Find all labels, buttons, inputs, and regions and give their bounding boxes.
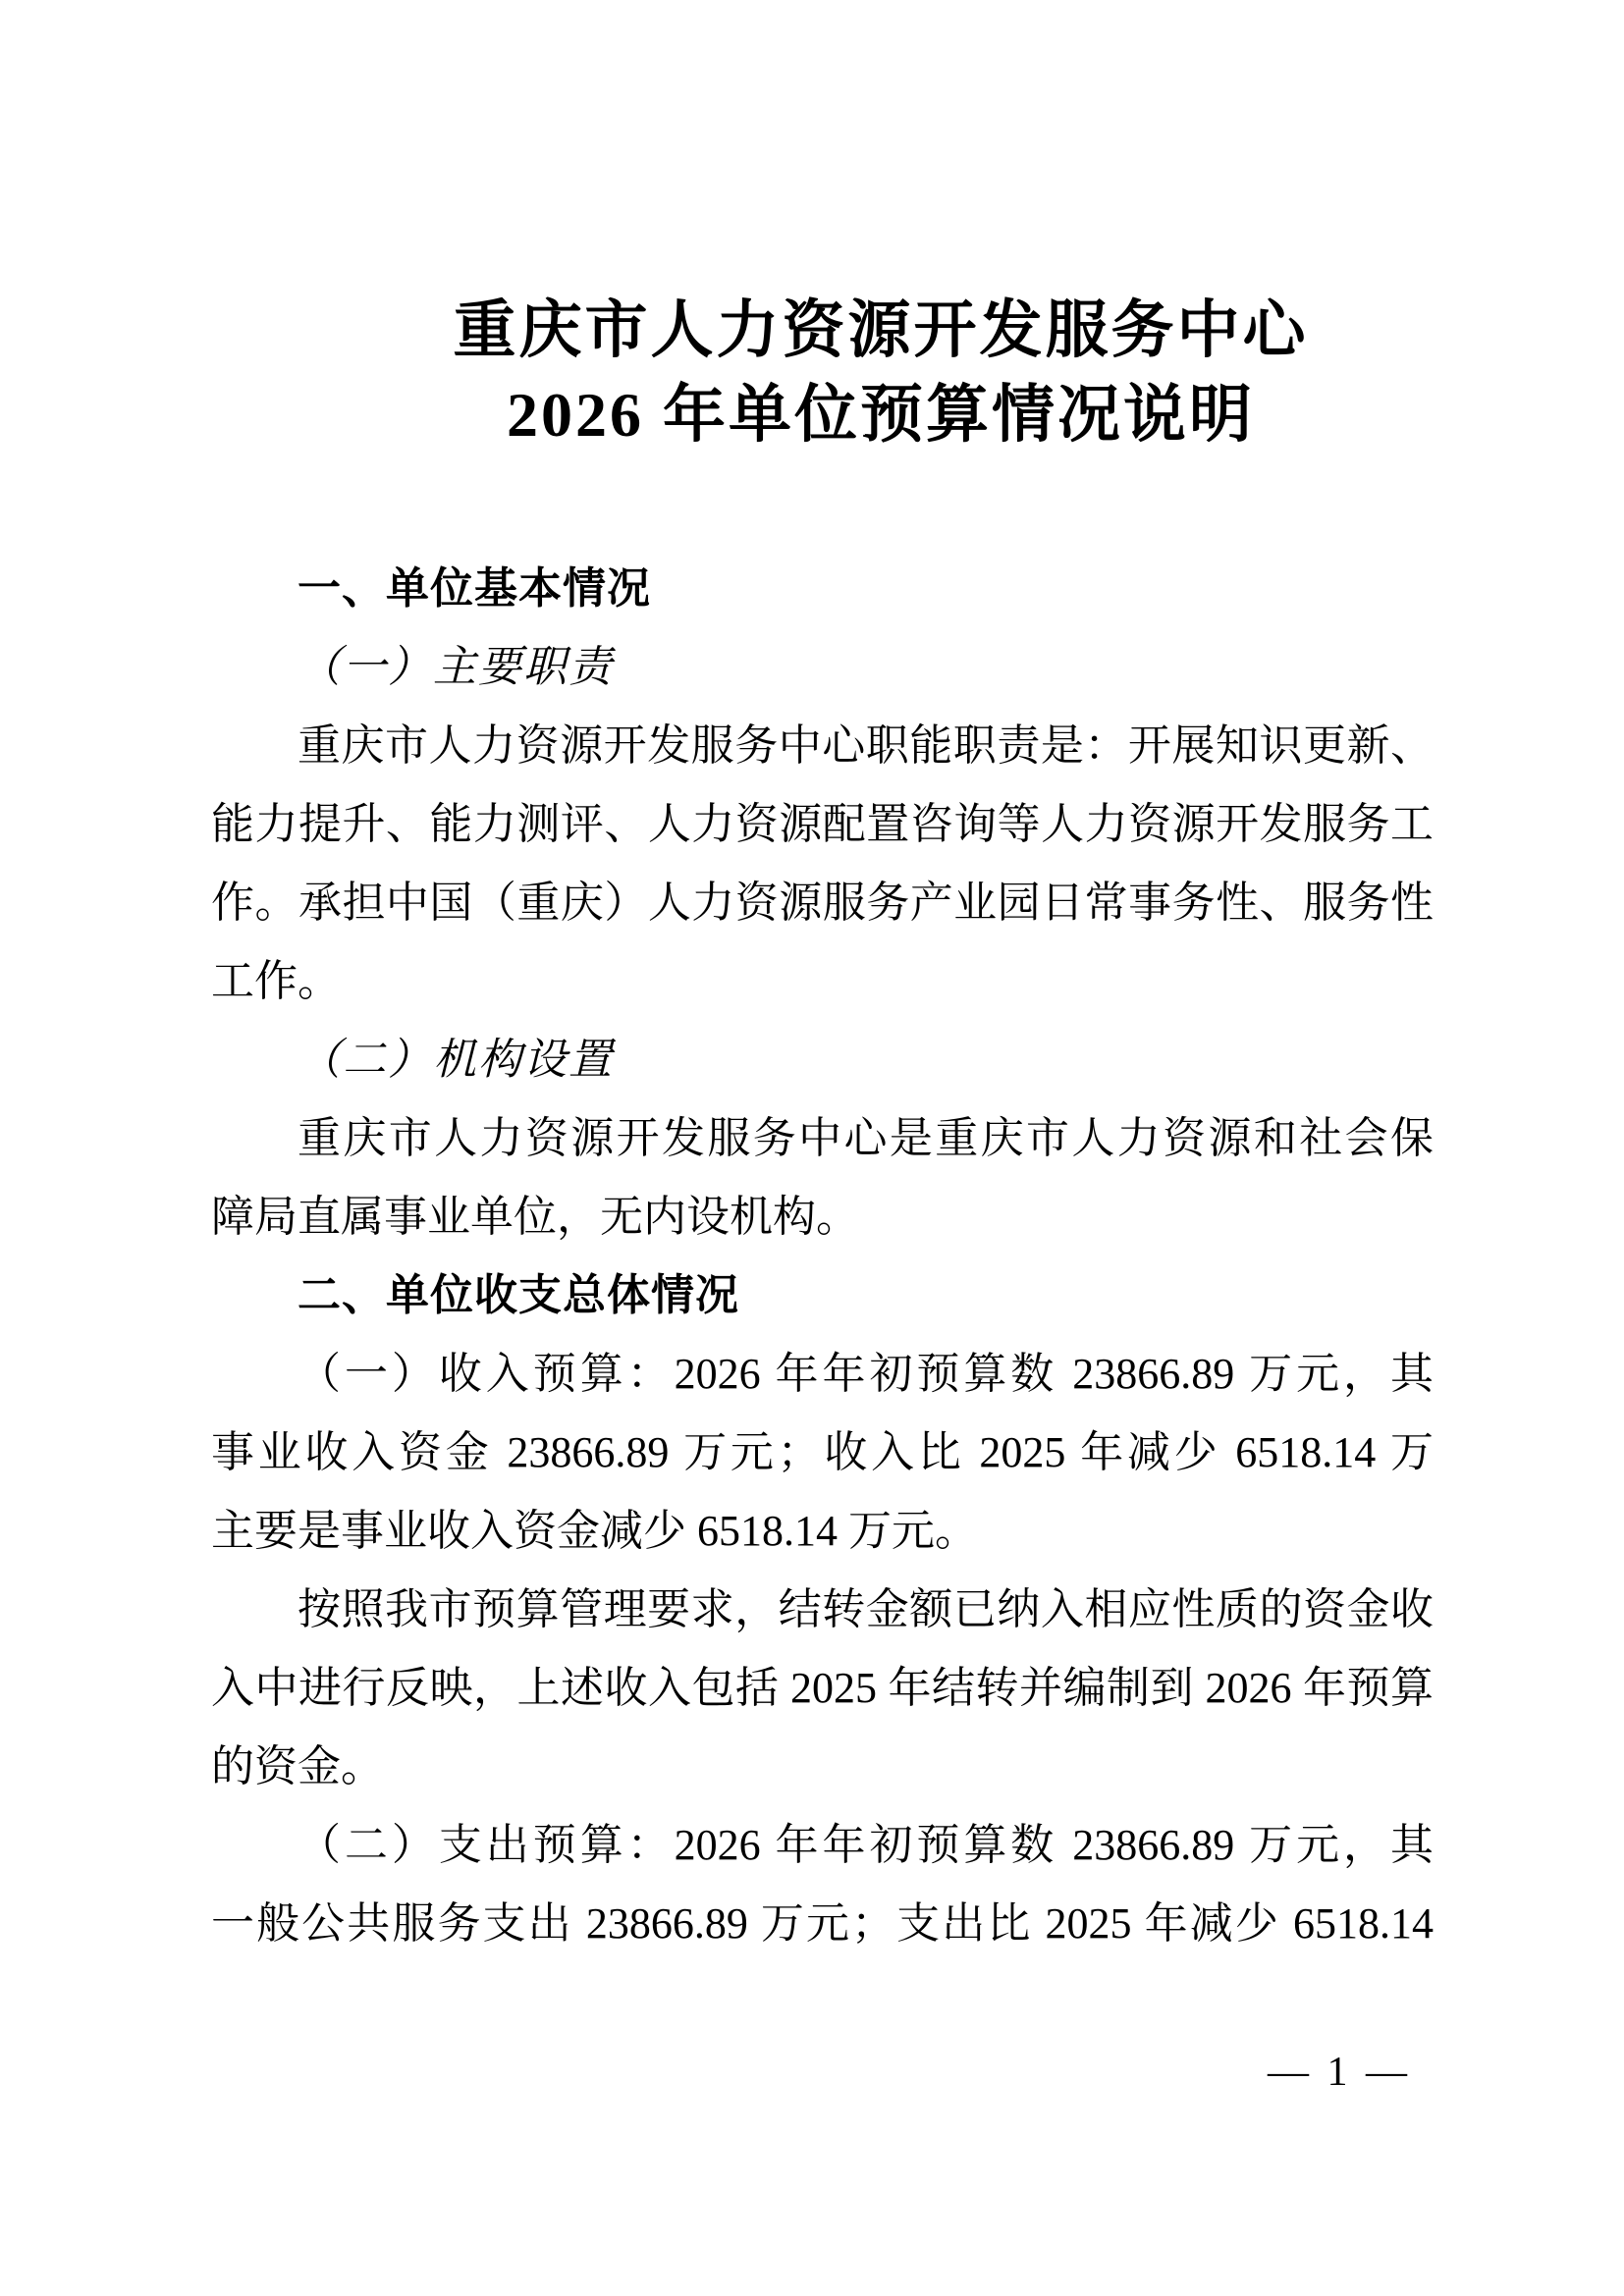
paragraph-line: 障局直属事业单位，无内设机构。 bbox=[211, 1178, 1434, 1256]
paragraph-line: 重庆市人力资源开发服务中心是重庆市人力资源和社会保 bbox=[211, 1099, 1434, 1178]
section-heading-2: 二、单位收支总体情况 bbox=[211, 1256, 1434, 1335]
page-number: — 1 — bbox=[1268, 2048, 1411, 2097]
paragraph-line: 作。承担中国（重庆）人力资源服务产业园日常事务性、服务性 bbox=[211, 864, 1434, 942]
paragraph-line: 能力提升、能力测评、人力资源配置咨询等人力资源开发服务工 bbox=[211, 785, 1434, 864]
subsection-heading-1-1: （一）主要职责 bbox=[211, 628, 1434, 707]
doc-title-line-1: 重庆市人力资源开发服务中心 bbox=[137, 289, 1624, 373]
doc-title-line-2: 2026 年单位预算情况说明 bbox=[137, 373, 1624, 457]
paragraph-line: 工作。 bbox=[211, 942, 1434, 1021]
document-title: 重庆市人力资源开发服务中心 2026 年单位预算情况说明 bbox=[0, 289, 1624, 457]
paragraph-line: 重庆市人力资源开发服务中心职能职责是：开展知识更新、 bbox=[211, 707, 1434, 785]
paragraph-line: 入中进行反映，上述收入包括 2025 年结转并编制到 2026 年预算 bbox=[211, 1649, 1434, 1728]
section-heading-1: 一、单位基本情况 bbox=[211, 550, 1434, 628]
document-body: 一、单位基本情况 （一）主要职责 重庆市人力资源开发服务中心职能职责是：开展知识… bbox=[211, 550, 1434, 1963]
document-page: 重庆市人力资源开发服务中心 2026 年单位预算情况说明 一、单位基本情况 （一… bbox=[0, 0, 1624, 2296]
paragraph-line: 一般公共服务支出 23866.89 万元；支出比 2025 年减少 6518.1… bbox=[211, 1885, 1434, 1963]
paragraph-line: 主要是事业收入资金减少 6518.14 万元。 bbox=[211, 1492, 1434, 1571]
paragraph-line: （二）支出预算：2026 年年初预算数 23866.89 万元，其中： bbox=[211, 1806, 1434, 1885]
paragraph-line: 事业收入资金 23866.89 万元；收入比 2025 年减少 6518.14 … bbox=[211, 1414, 1434, 1492]
paragraph-line: （一）收入预算：2026 年年初预算数 23866.89 万元，其中： bbox=[211, 1335, 1434, 1414]
paragraph-line: 按照我市预算管理要求，结转金额已纳入相应性质的资金收 bbox=[211, 1571, 1434, 1649]
paragraph-line: 的资金。 bbox=[211, 1728, 1434, 1806]
subsection-heading-1-2: （二）机构设置 bbox=[211, 1021, 1434, 1099]
